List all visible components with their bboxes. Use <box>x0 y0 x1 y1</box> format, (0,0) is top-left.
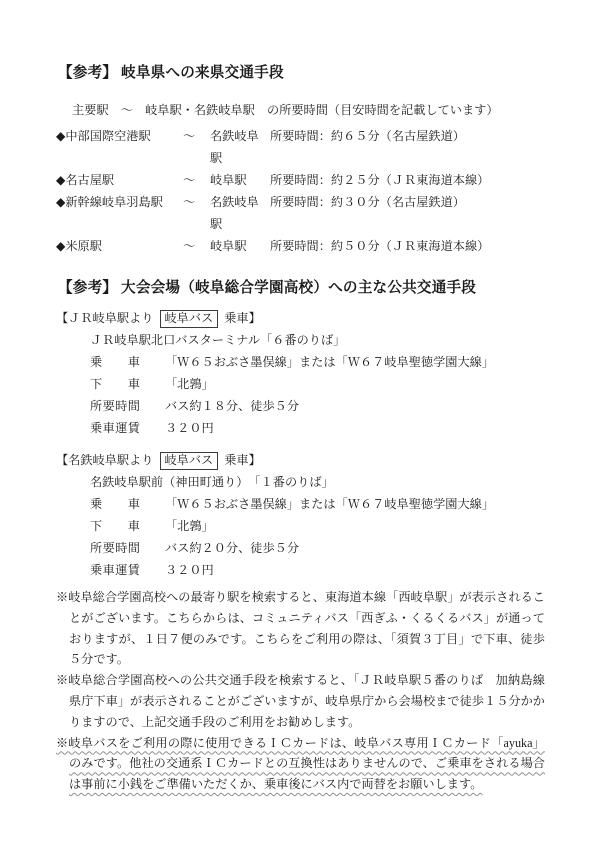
detail-value: 「Ｗ６５おぶさ墨俣線」または「Ｗ６７岐阜聖徳学園大線」 <box>165 493 545 515</box>
gifu-bus-box: 岐阜バス <box>160 452 219 470</box>
boarding-point: 名鉄岐阜駅前（神田町通り） 「１番のりば」 <box>90 471 545 493</box>
table-row: ◆米原駅 ～ 岐阜駅 所要時間：約５０分（ＪＲ東海道本線） <box>56 235 545 257</box>
table-row: ◆新幹線岐阜羽島駅 ～ 名鉄岐阜駅 所要時間：約３０分（名古屋鉄道） <box>56 191 545 235</box>
route-duration: 所要時間：約３０分（名古屋鉄道） <box>270 191 545 235</box>
detail-value: 「北鶉」 <box>165 515 545 537</box>
detail-label: 乗車運賃 <box>90 417 140 439</box>
detail-value: バス約２０分、徒歩５分 <box>165 537 545 559</box>
bus-detail-row: 乗車運賃 ３２０円 <box>90 559 545 581</box>
table-row: ◆中部国際空港駅 ～ 名鉄岐阜駅 所要時間：約６５分（名古屋鉄道） <box>56 125 545 169</box>
tilde-separator: ～ <box>183 125 210 169</box>
detail-label: 乗車運賃 <box>90 559 140 581</box>
detail-value: 「Ｗ６５おぶさ墨俣線」または「Ｗ６７岐阜聖徳学園大線」 <box>165 351 545 373</box>
detail-label: 所要時間 <box>90 537 140 559</box>
bus-detail-row: 乗車運賃 ３２０円 <box>90 417 545 439</box>
detail-label: 乗 車 <box>90 493 140 515</box>
bus-detail-row: 下 車 「北鶉」 <box>90 373 545 395</box>
table-row: ◆名古屋駅 ～ 岐阜駅 所要時間：約２５分（ＪＲ東海道本線） <box>56 169 545 191</box>
route-to-station: 名鉄岐阜駅 <box>210 191 270 235</box>
bus-block-jr-gifu: 【ＪＲ岐阜駅より岐阜バス乗車】 ＪＲ岐阜駅北口バスターミナル「６番のりば」 乗 … <box>56 307 545 439</box>
detail-label: 下 車 <box>90 515 140 537</box>
note-ic-card-ayuka: ※岐阜バスをご利用の際に使用できるＩＣカードは、岐阜バス専用ＩＣカード「ayuk… <box>56 733 545 795</box>
route-duration: 所要時間：約５０分（ＪＲ東海道本線） <box>270 235 545 257</box>
route-to-station: 名鉄岐阜駅 <box>210 125 270 169</box>
tilde-separator: ～ <box>183 169 210 191</box>
note-kencho-route: ※岐阜総合学園高校への公共交通手段を検索すると、「ＪＲ岐阜駅５番のりば 加納島線… <box>56 670 545 732</box>
route-from-station: ◆名古屋駅 <box>56 169 183 191</box>
bus-title-pre: 【名鉄岐阜駅より <box>56 453 154 467</box>
route-to-station: 岐阜駅 <box>210 235 270 257</box>
route-from-station: ◆中部国際空港駅 <box>56 125 183 169</box>
bus-title-pre: 【ＪＲ岐阜駅より <box>56 311 154 325</box>
section2-heading: 【参考】 大会会場（岐阜総合学園高校）への主な公共交通手段 <box>58 277 545 299</box>
detail-label: 所要時間 <box>90 395 140 417</box>
note-nearest-station: ※岐阜総合学園高校への最寄り駅を検索すると、東海道本線「西岐阜駅」が表示されるこ… <box>56 587 545 670</box>
detail-value: 「北鶉」 <box>165 373 545 395</box>
route-duration: 所要時間：約２５分（ＪＲ東海道本線） <box>270 169 545 191</box>
footnotes: ※岐阜総合学園高校への最寄り駅を検索すると、東海道本線「西岐阜駅」が表示されるこ… <box>56 587 545 795</box>
bus-detail-row: 所要時間 バス約１８分、徒歩５分 <box>90 395 545 417</box>
route-time-table: ◆中部国際空港駅 ～ 名鉄岐阜駅 所要時間：約６５分（名古屋鉄道） ◆名古屋駅 … <box>56 125 545 257</box>
detail-label: 下 車 <box>90 373 140 395</box>
tilde-separator: ～ <box>183 235 210 257</box>
bus-block-meitetsu-gifu: 【名鉄岐阜駅より岐阜バス乗車】 名鉄岐阜駅前（神田町通り） 「１番のりば」 乗 … <box>56 449 545 581</box>
route-to-station: 岐阜駅 <box>210 169 270 191</box>
section1-heading: 【参考】 岐阜県への来県交通手段 <box>58 62 545 84</box>
route-from-station: ◆米原駅 <box>56 235 183 257</box>
bus-detail-row: 所要時間 バス約２０分、徒歩５分 <box>90 537 545 559</box>
bus-detail-lines: 名鉄岐阜駅前（神田町通り） 「１番のりば」 乗 車 「Ｗ６５おぶさ墨俣線」または… <box>90 471 545 581</box>
detail-value: ３２０円 <box>165 417 545 439</box>
document-page: 【参考】 岐阜県への来県交通手段 主要駅 ～ 岐阜駅・名鉄岐阜駅 の所要時間（目… <box>0 0 595 842</box>
boarding-point: ＪＲ岐阜駅北口バスターミナル「６番のりば」 <box>90 329 545 351</box>
detail-label: 乗 車 <box>90 351 140 373</box>
tilde-separator: ～ <box>183 191 210 235</box>
gifu-bus-box: 岐阜バス <box>160 310 219 328</box>
detail-value: ３２０円 <box>165 559 545 581</box>
bus-title-post: 乗車】 <box>224 453 261 467</box>
bus-title-post: 乗車】 <box>224 311 261 325</box>
detail-value: バス約１８分、徒歩５分 <box>165 395 545 417</box>
bus-detail-row: 乗 車 「Ｗ６５おぶさ墨俣線」または「Ｗ６７岐阜聖徳学園大線」 <box>90 493 545 515</box>
route-from-station: ◆新幹線岐阜羽島駅 <box>56 191 183 235</box>
bus-detail-lines: ＪＲ岐阜駅北口バスターミナル「６番のりば」 乗 車 「Ｗ６５おぶさ墨俣線」または… <box>90 329 545 439</box>
bus-detail-row: 下 車 「北鶉」 <box>90 515 545 537</box>
bus-block-title: 【名鉄岐阜駅より岐阜バス乗車】 <box>56 449 545 471</box>
bus-detail-row: 乗 車 「Ｗ６５おぶさ墨俣線」または「Ｗ６７岐阜聖徳学園大線」 <box>90 351 545 373</box>
route-duration: 所要時間：約６５分（名古屋鉄道） <box>270 125 545 169</box>
section1-intro-line: 主要駅 ～ 岐阜駅・名鉄岐阜駅 の所要時間（目安時間を記載しています） <box>72 100 545 121</box>
bus-block-title: 【ＪＲ岐阜駅より岐阜バス乗車】 <box>56 307 545 329</box>
